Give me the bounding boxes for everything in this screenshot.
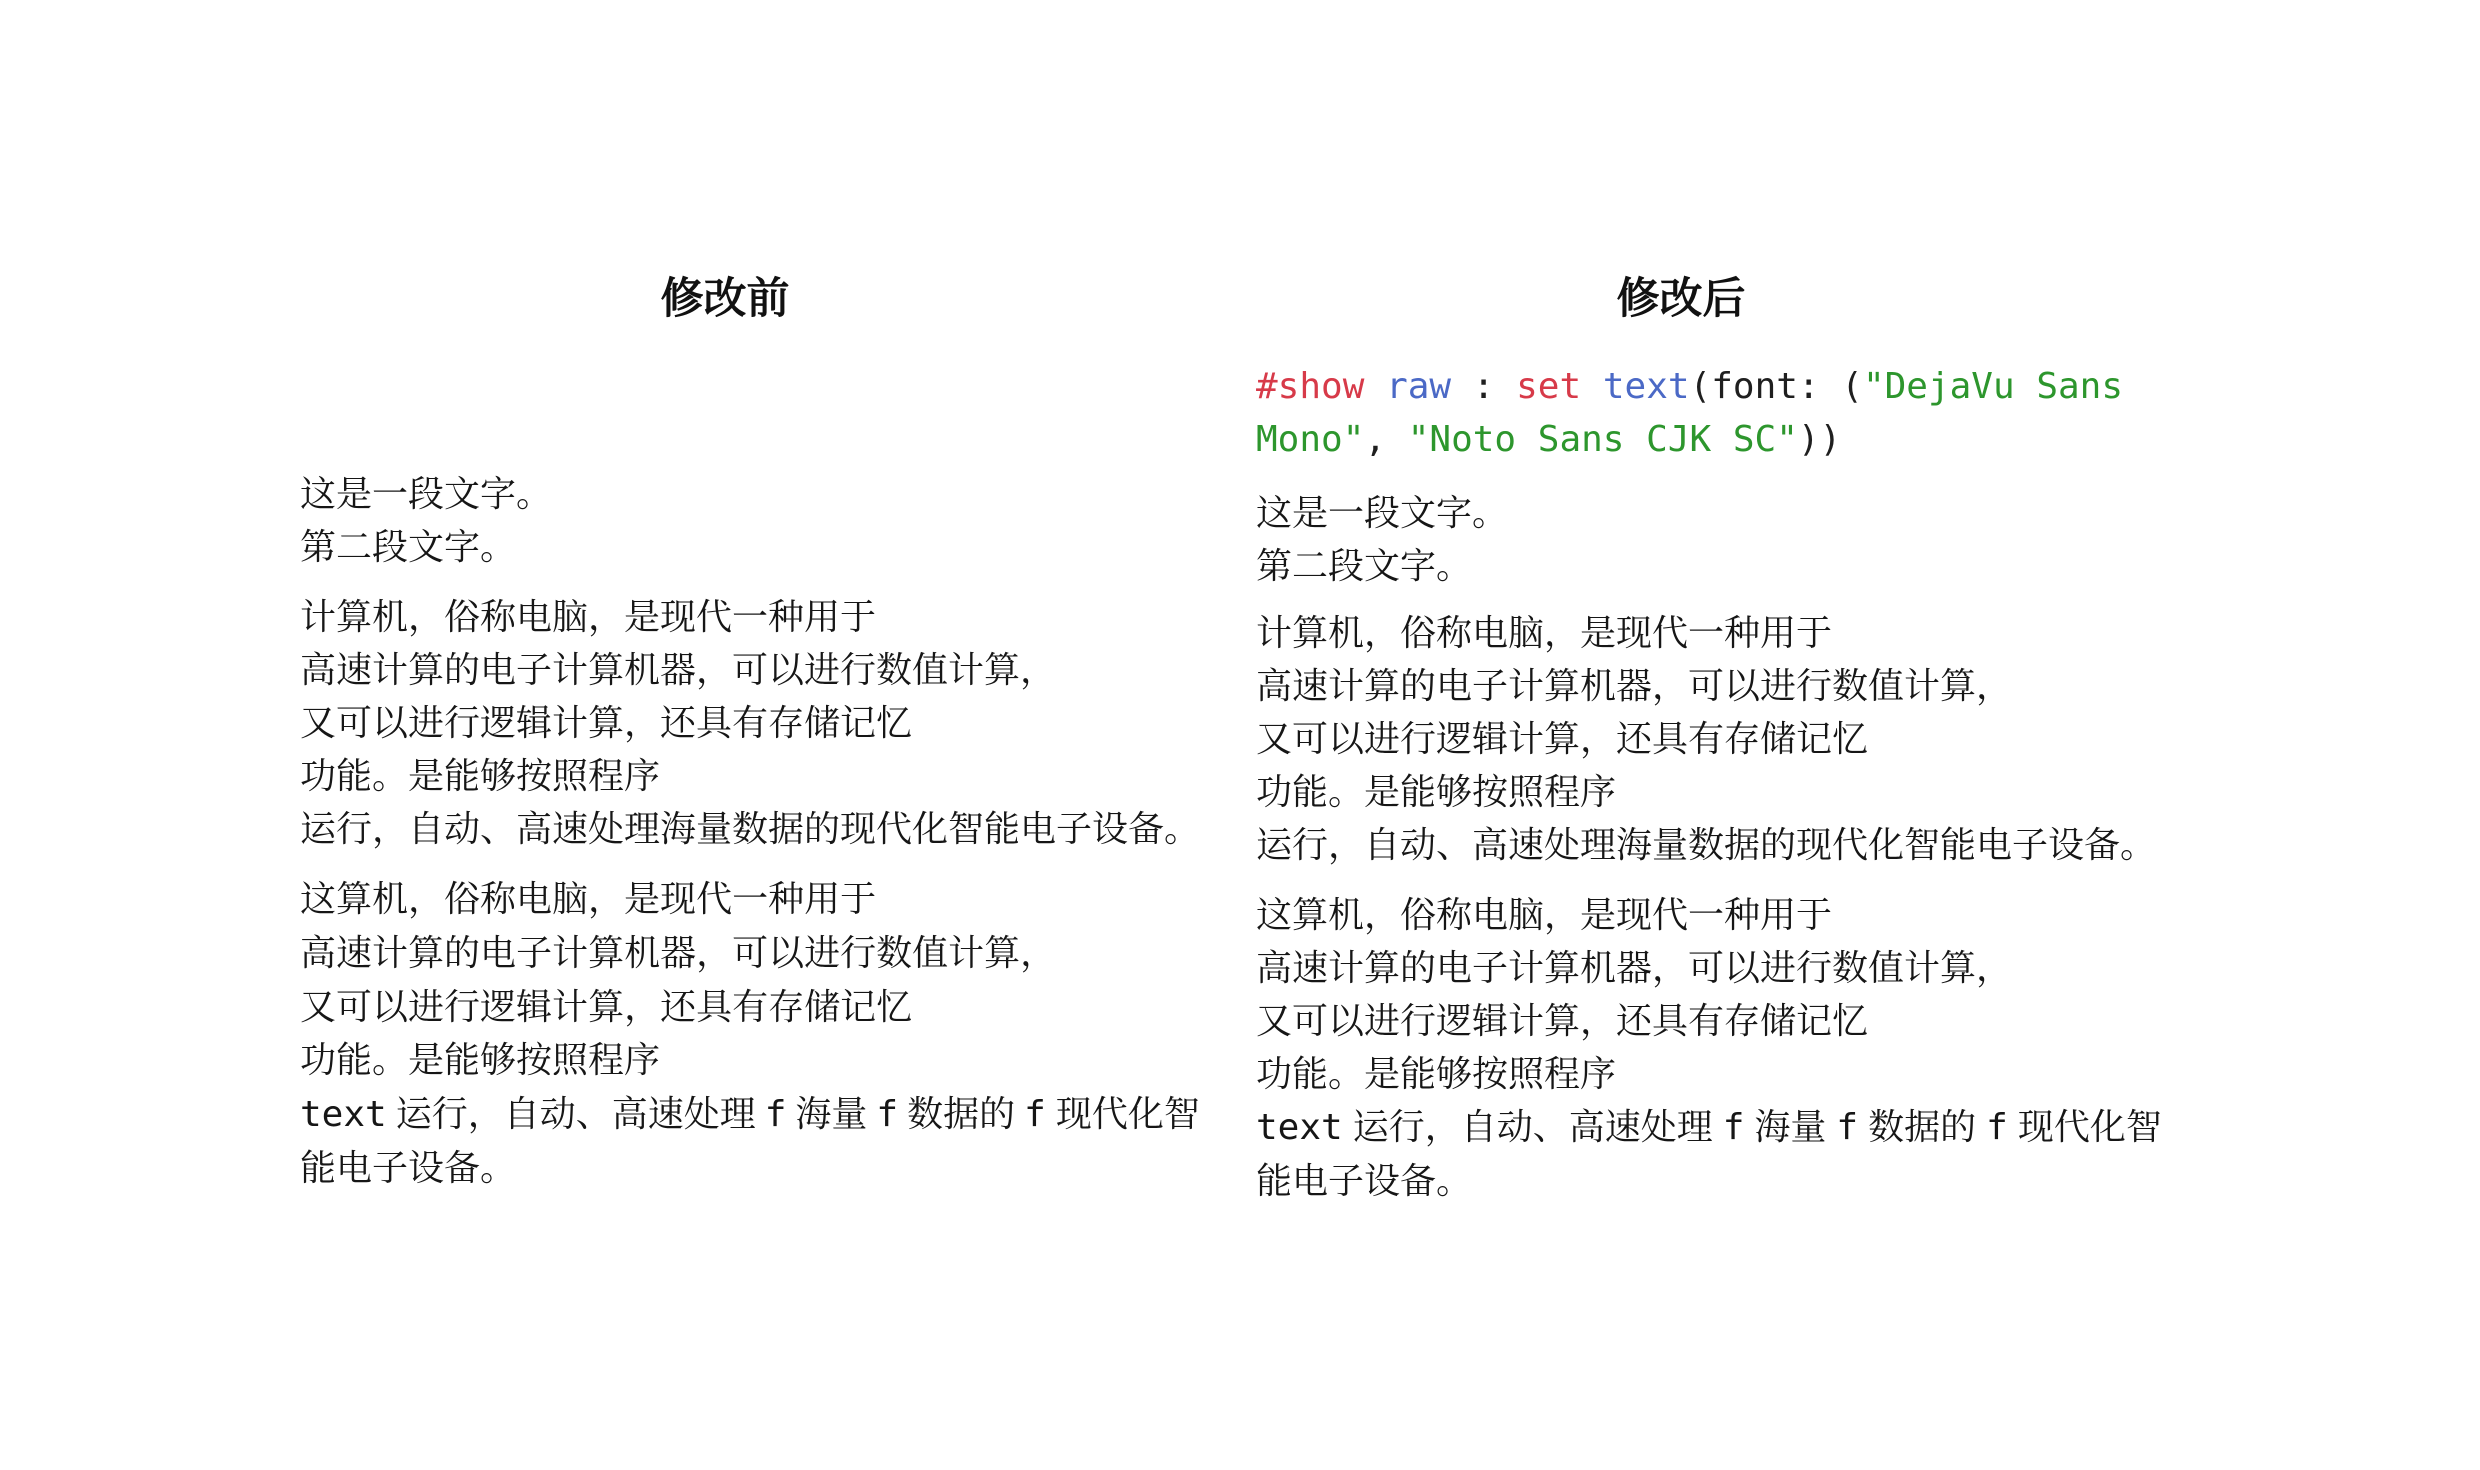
text-line: #show raw : set text(font: ("DejaVu Sans (1256, 360, 2123, 413)
text-run-kw: set (1516, 366, 1581, 407)
text-run-sans: 计 (372, 932, 408, 973)
text-run-sans: 能电子设备。 (300, 1147, 516, 1188)
text-line: 功能。是能够按照程序 (300, 749, 1200, 802)
text-run-mono: text (1256, 1107, 1343, 1148)
text-line: 这是一段文字。 (1256, 486, 1508, 539)
text-run-serif: 行逻 (444, 987, 516, 1027)
text-run-mono: f (1986, 1107, 2008, 1148)
text-run-serif: 海量 (786, 1094, 876, 1134)
text-line: text 运行，自动、高速处理 f 海量 f 数据的 f 现代化智 (1256, 1100, 2162, 1154)
text-run-str: Mono" (1256, 419, 1364, 460)
text-run-fn: raw (1386, 366, 1451, 407)
text-run-sans: 计 (552, 932, 588, 973)
text-run-serif: 算， (984, 933, 1056, 973)
after-paragraph-intro: 这是一段文字。第二段文字。 (1256, 486, 1508, 592)
text-run-sans: 高速计算的电子计算机器，可以进行数值计算， (1256, 947, 2012, 988)
text-line: Mono", "Noto Sans CJK SC")) (1256, 413, 2123, 466)
text-run-serif: 又可以 (300, 987, 408, 1027)
text-run-serif: 算机器，可以 (588, 933, 804, 973)
before-paragraph-intro: 这是一段文字。第二段文字。 (300, 468, 552, 574)
text-run-kw: #show (1256, 366, 1364, 407)
text-line: 能电子设备。 (300, 1141, 1200, 1195)
text-run-serif: 算的 (408, 933, 480, 973)
text-run-sans: 海量 (1744, 1106, 1836, 1147)
text-run-sans: 储记忆 (804, 986, 912, 1027)
text-run-sans: 功能。是能够按照程序 (1256, 1053, 1616, 1094)
text-line: 这是一段文字。 (300, 468, 552, 521)
document-page: 修改前 这是一段文字。第二段文字。 计算机，俗称电脑，是现代一种用于高速计算的电… (0, 0, 2480, 1470)
text-run-serif: 运行，自动、高速处理 (387, 1094, 765, 1134)
text-line: 运行，自动、高速处理海量数据的现代化智能电子设备。 (1256, 818, 2156, 871)
after-column: 修改后 #show raw : set text(font: ("DejaVu … (1256, 0, 2191, 1470)
text-run-serif: 子 (516, 933, 552, 973)
text-line: 又可以进行逻辑计算，还具有存储记忆 (300, 696, 1200, 749)
text-run-mono: f (765, 1094, 787, 1135)
text-run-mono: f (1024, 1094, 1046, 1135)
text-run-sans: 运行，自动、高速处理 (1343, 1106, 1723, 1147)
text-run-pl: : (1451, 366, 1516, 407)
after-paragraph-uniform-fonts: 这算机，俗称电脑，是现代一种用于高速计算的电子计算机器，可以进行数值计算，又可以… (1256, 888, 2162, 1207)
text-run-serif: 算，还具有存 (588, 987, 804, 1027)
text-run-sans: 计 (948, 932, 984, 973)
text-run-pl: , (1364, 419, 1407, 460)
text-line: 又可以进行逻辑计算，还具有存储记忆 (1256, 994, 2162, 1047)
text-run-sans: 电 (480, 932, 516, 973)
text-run-sans: 现代化智 (2008, 1106, 2162, 1147)
text-run-sans: 又可以进行逻辑计算，还具有存储记忆 (1256, 1000, 1868, 1041)
text-line: 功能。是能够按照程序 (1256, 1047, 2162, 1100)
text-run-serif: 功能。是能够按照程序 (300, 1040, 660, 1080)
text-line: 能电子设备。 (1256, 1154, 2162, 1207)
text-run-mono: f (876, 1094, 898, 1135)
before-paragraph-computer: 计算机，俗称电脑，是现代一种用于高速计算的电子计算机器，可以进行数值计算，又可以… (300, 590, 1200, 855)
text-run-sans: 这算机，俗称电脑，是现代一种用于 (1256, 894, 1832, 935)
after-title: 修改后 (1256, 272, 2106, 328)
text-run-pl: )) (1798, 419, 1841, 460)
text-run-sans: 电脑 (516, 878, 588, 919)
text-line: 这算机，俗称电脑，是现代一种用于 (1256, 888, 2162, 941)
typst-show-rule-code: #show raw : set text(font: ("DejaVu Sans… (1256, 360, 2123, 466)
text-line: 计算机，俗称电脑，是现代一种用于 (1256, 606, 2156, 659)
text-run-sans: 进 (408, 986, 444, 1027)
text-run-fn: text (1603, 366, 1690, 407)
text-run-serif: 行数值 (840, 933, 948, 973)
text-line: 高速计算的电子计算机器，可以进行数值计算， (1256, 659, 2156, 712)
after-paragraph-computer: 计算机，俗称电脑，是现代一种用于高速计算的电子计算机器，可以进行数值计算，又可以… (1256, 606, 2156, 871)
text-line: 功能。是能够按照程序 (300, 1034, 1200, 1087)
text-line: 这算机，俗称电脑，是现代一种用于 (300, 872, 1200, 926)
text-run-sans: 现 (660, 878, 696, 919)
text-run-serif: 高速 (300, 933, 372, 973)
text-run-str: "DejaVu Sans (1863, 366, 2123, 407)
text-line: 第二段文字。 (1256, 539, 1508, 592)
text-line: 高速计算的电子计算机器，可以进行数值计算， (1256, 941, 2162, 994)
text-line: 高速计算的电子计算机器，可以进行数值计算， (300, 643, 1200, 696)
text-line: 高速计算的电子计算机器，可以进行数值计算， (300, 926, 1200, 980)
before-title: 修改前 (300, 272, 1150, 328)
text-line: 又可以进行逻辑计算，还具有存储记忆 (1256, 712, 2156, 765)
text-run-mono: f (1723, 1107, 1745, 1148)
text-run-pl (1581, 366, 1603, 407)
before-paragraph-mixed-fonts: 这算机，俗称电脑，是现代一种用于高速计算的电子计算机器，可以进行数值计算，又可以… (300, 872, 1200, 1195)
text-run-serif: 代一种用于 (696, 879, 876, 919)
text-run-sans: 辑计 (516, 986, 588, 1027)
text-line: 又可以进行逻辑计算，还具有存储记忆 (300, 980, 1200, 1034)
text-run-sans: 现代化智 (1046, 1093, 1200, 1134)
before-column: 修改前 这是一段文字。第二段文字。 计算机，俗称电脑，是现代一种用于高速计算的电… (300, 0, 1230, 1470)
text-line: 计算机，俗称电脑，是现代一种用于 (300, 590, 1200, 643)
text-run-str: "Noto Sans CJK SC" (1408, 419, 1798, 460)
text-run-pl: (font: ( (1690, 366, 1863, 407)
text-run-serif: 这算机，俗称 (300, 879, 516, 919)
text-run-mono: text (300, 1094, 387, 1135)
text-run-sans: 数据的 (1858, 1106, 1986, 1147)
text-line: 功能。是能够按照程序 (1256, 765, 2156, 818)
text-line: 运行，自动、高速处理海量数据的现代化智能电子设备。 (300, 802, 1200, 855)
text-line: 第二段文字。 (300, 521, 552, 574)
text-run-sans: 进 (804, 932, 840, 973)
text-run-serif: 数据的 (898, 1094, 1024, 1134)
text-run-mono: f (1836, 1107, 1858, 1148)
text-run-sans: 能电子设备。 (1256, 1160, 1472, 1201)
text-run-pl (1364, 366, 1386, 407)
text-run-serif: ，是 (588, 879, 660, 919)
text-line: text 运行，自动、高速处理 f 海量 f 数据的 f 现代化智 (300, 1087, 1200, 1141)
